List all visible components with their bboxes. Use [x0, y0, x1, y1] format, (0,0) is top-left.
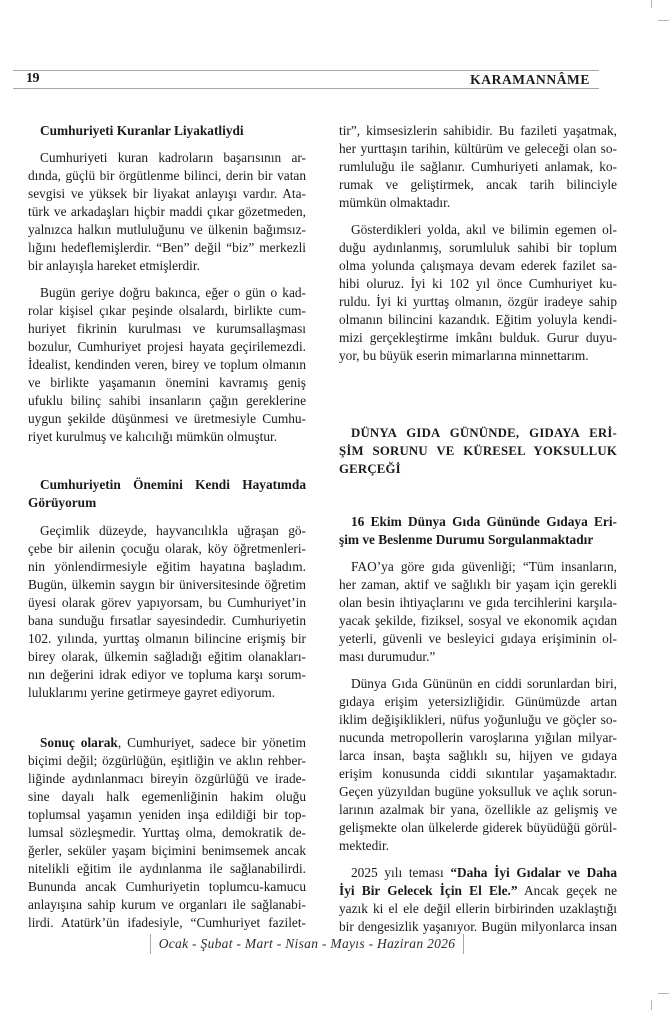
- text-line: bir anlayışla hareket etmişlerdir.: [28, 257, 306, 275]
- paragraph-problems: Dünya Gıda Gününün en ciddi sorunlardan …: [339, 675, 617, 855]
- title-line: DÜNYA GIDA GÜNÜNDE, GIDAYA ERİ-: [339, 424, 617, 442]
- article-subheading: 16 Ekim Dünya Gıda Gününde Gıdaya Eri- ş…: [339, 513, 617, 549]
- text-line: ufuklu bilinç sahibi insanların çağın ge…: [28, 392, 306, 410]
- text-line: her yurttaşın tarihin, kültürüm ve gelec…: [339, 140, 617, 158]
- text-line: Bununda ancak Cumhuriyetin toplumcu-kamu…: [28, 878, 306, 896]
- theme-quote-bold: “Daha İyi Gıdalar ve Daha: [450, 865, 617, 880]
- section-heading-liyakat: Cumhuriyeti Kuranlar Liyakatliydi: [28, 122, 306, 140]
- text-line: yacak şekilde, fiziksel, sosyal ve ekono…: [339, 612, 617, 630]
- subheading-line: şim ve Beslenme Durumu Sorgulanmaktadır: [339, 531, 617, 549]
- heading-line: Cumhuriyeti Kuranlar Liyakatliydi: [28, 122, 306, 140]
- text-line: olan besin ihtiyaçlarını ve gıda tercihl…: [339, 594, 617, 612]
- text-line: lumsal sözleşmedir. Yurttaş olma, demokr…: [28, 824, 306, 842]
- title-line: ŞİM SORUNU VE KÜRESEL YOKSULLUK: [339, 442, 617, 460]
- text-line: türk ve arkadaşları hiçbir maddi çıkar g…: [28, 203, 306, 221]
- text-line: anlayışına sahip kurum ve organları ile …: [28, 896, 306, 914]
- text-line: ve birlikte yaşamanın önemini kavramış g…: [28, 374, 306, 392]
- text-line: biçimi değil; özgürlüğün, eşitliğin ve a…: [28, 752, 306, 770]
- paragraph-sonuc: Sonuç olarak, Cumhuriyet, sadece bir yön…: [28, 734, 306, 933]
- text-line: liğinde aydınlanmacı bireyin özgürlüğü v…: [28, 770, 306, 788]
- text-run: Ancak geçek ne: [518, 883, 617, 898]
- text-line: dında, güçlü bir örgütlenme bilinci, der…: [28, 167, 306, 185]
- text-line: olma yolunda çalışmaya devam ederek fazi…: [339, 257, 617, 275]
- text-line: her zaman, aktif ve sağlıklı bir yaşam i…: [339, 576, 617, 594]
- text-line: larca insan, başta sağlıklı su, hijyen v…: [339, 747, 617, 765]
- crop-mark-bottom-horizontal: [658, 993, 669, 994]
- text-line: çebe bir ailenin çocuğu olarak, köy öğre…: [28, 540, 306, 558]
- crop-mark-bottom-vertical: [651, 1000, 652, 1010]
- text-line: Cumhuriyeti kuran kadroların başarısının…: [28, 149, 306, 167]
- text-line: üyesi olarak görev yapıyorsam, bu Cumhur…: [28, 594, 306, 612]
- text-line: ması durumudur.”: [339, 648, 617, 666]
- journal-title: KARAMANNÂME: [470, 72, 590, 88]
- text-line: 102. yılında, yurttaş olmanın bilincine …: [28, 630, 306, 648]
- text-run: , Cumhuriyet, sadece bir yönetim: [118, 735, 306, 750]
- text-line: riyet kurulmuş ve kalıcılığı mümkün olmu…: [28, 428, 306, 446]
- text-line: Geçimlik düzeyde, hayvancılıkla uğraşan …: [28, 522, 306, 540]
- section-heading-onemini: Cumhuriyetin Önemini Kendi Hayatımda Gör…: [28, 476, 306, 512]
- text-line: nın değerini idrak ediyor ve topluma kar…: [28, 666, 306, 684]
- text-line: iklim değişiklikleri, nüfus yoğunluğu ve…: [339, 711, 617, 729]
- text-line: Dünya Gıda Gününün en ciddi sorunlardan …: [339, 675, 617, 693]
- text-line: lirdi. Atatürk’ün ifadesiyle, “Cumhuriye…: [28, 914, 306, 932]
- text-line: Gösterdikleri yolda, akıl ve bilimin ege…: [339, 221, 617, 239]
- text-line: Bugün geriye doğru bakınca, eğer o gün o…: [28, 284, 306, 302]
- text-line: duğu aydınlanmış, sorumluluk sahibi bir …: [339, 239, 617, 257]
- text-line: İdealist, kendinden veren, birey ve topl…: [28, 356, 306, 374]
- text-line: gelişmekte olan ülkelerde giderek büyüdü…: [339, 819, 617, 837]
- text-line: bana sunduğu fırsatlar sayesindedir. Cum…: [28, 612, 306, 630]
- text-line: huriyet fikrinin kurulması ve kurumsalla…: [28, 320, 306, 338]
- text-line: hibi oluruz. İyi ki 102 yıl önce Cumhuri…: [339, 275, 617, 293]
- theme-quote-bold: İyi Bir Gelecek İçin El Ele.”: [339, 883, 518, 898]
- title-line: GERÇEĞİ: [339, 460, 617, 478]
- subheading-line: 16 Ekim Dünya Gıda Gününde Gıdaya Eri-: [339, 513, 617, 531]
- text-line: rumak ve geliştirmek, ancak tarih bilinc…: [339, 176, 617, 194]
- text-line: yor, bu büyük eserin mimarlarına minnett…: [339, 347, 617, 365]
- text-line: olmanın bilincini kazandık. Eğitim yoluy…: [339, 311, 617, 329]
- heading-line: Cumhuriyetin Önemini Kendi Hayatımda: [28, 476, 306, 494]
- text-line: gıdaya erişim yetersizliğidir. Günümüzde…: [339, 693, 617, 711]
- paragraph-kadrolar: Cumhuriyeti kuran kadroların başarısının…: [28, 149, 306, 275]
- header-rule-top: [13, 70, 599, 71]
- text-line: 2025 yılı teması “Daha İyi Gıdalar ve Da…: [339, 864, 617, 882]
- text-line: sine dayalı halk egemenliğinin hakim olu…: [28, 788, 306, 806]
- paragraph-gosterdikleri: Gösterdikleri yolda, akıl ve bilimin ege…: [339, 221, 617, 365]
- text-line: rolar kişisel çıkar peşinde olsalardı, b…: [28, 302, 306, 320]
- bold-lead: Sonuç olarak: [40, 735, 118, 750]
- text-line: nucunda metropollerin varoşlarına yığıla…: [339, 729, 617, 747]
- article-title: DÜNYA GIDA GÜNÜNDE, GIDAYA ERİ- ŞİM SORU…: [339, 424, 617, 478]
- text-line: larının azalmak bir yana, özellikle az g…: [339, 801, 617, 819]
- page-number: 19: [26, 71, 39, 87]
- text-line: FAO’ya göre gıda güvenliği; “Tüm insanla…: [339, 558, 617, 576]
- paragraph-theme-2025: 2025 yılı teması “Daha İyi Gıdalar ve Da…: [339, 864, 617, 936]
- text-line: birey olarak, ülkemin sağladığı eğitim o…: [28, 648, 306, 666]
- text-line: ruldu. İyi ki yurttaş olmanın, özgür ira…: [339, 293, 617, 311]
- text-line: mizi gerçekleştirme imkânı bulduk. Gurur…: [339, 329, 617, 347]
- heading-line: Görüyorum: [28, 494, 306, 512]
- paragraph-fao: FAO’ya göre gıda güvenliği; “Tüm insanla…: [339, 558, 617, 666]
- text-line: ğerler, seküler yaşam biçimini benimseme…: [28, 842, 306, 860]
- text-line: Geçen yüzyıldan bugüne yoksulluk ve açlı…: [339, 783, 617, 801]
- text-line: yeterli, güvenli ve besleyici gıdaya eri…: [339, 630, 617, 648]
- header-rule-bottom: [13, 88, 599, 89]
- text-line: mektedir.: [339, 837, 617, 855]
- text-line: mümkün olmaktadır.: [339, 194, 617, 212]
- issue-date-range: Ocak - Şubat - Mart - Nisan - Mayıs - Ha…: [151, 936, 463, 952]
- text-line: nitelikli eğitim ile aydınlanma ile sağl…: [28, 860, 306, 878]
- text-line: yalnızca halkın mutluluğunu ve ülkenin b…: [28, 221, 306, 239]
- paragraph-continuation: tir”, kimsesizlerin sahibidir. Bu fazile…: [339, 122, 617, 212]
- text-run: 2025 yılı teması: [351, 865, 450, 880]
- text-line: erişim konusunda ciddi sıkıntılar yaşama…: [339, 765, 617, 783]
- crop-mark-top-horizontal: [658, 20, 669, 21]
- text-line: toplumsal yaşamın yeniden inşa edildiği …: [28, 806, 306, 824]
- text-line: yazık ki el ele değil ellerin birbirinde…: [339, 900, 617, 918]
- crop-mark-top-vertical: [651, 0, 652, 8]
- text-line: lığını hedeflemişlerdir. “Ben” değil “bi…: [28, 239, 306, 257]
- text-line: bozulur, Cumhuriyet projesi hayata geçir…: [28, 338, 306, 356]
- paragraph-bugun: Bugün geriye doğru bakınca, eğer o gün o…: [28, 284, 306, 446]
- text-line: sevgisi ve yüksek bir liyakat anlayışı v…: [28, 185, 306, 203]
- text-line: İyi Bir Gelecek İçin El Ele.” Ancak geçe…: [339, 882, 617, 900]
- text-line: nin yönlendirmesiyle eğitim hayatına baş…: [28, 558, 306, 576]
- text-line: uygun şekilde düşünmesi ve üretmesiyle C…: [28, 410, 306, 428]
- text-line: Bugün, ülkemin saygın bir üniversitesind…: [28, 576, 306, 594]
- paragraph-gecimlik: Geçimlik düzeyde, hayvancılıkla uğraşan …: [28, 522, 306, 702]
- text-line: rumluluğu ile sağlanır. Cumhuriyeti anla…: [339, 158, 617, 176]
- issue-footer: Ocak - Şubat - Mart - Nisan - Mayıs - Ha…: [150, 934, 464, 954]
- text-line: tir”, kimsesizlerin sahibidir. Bu fazile…: [339, 122, 617, 140]
- text-line: luluklarımı yerine getirmeye gayret ediy…: [28, 684, 306, 702]
- text-line: Sonuç olarak, Cumhuriyet, sadece bir yön…: [28, 734, 306, 752]
